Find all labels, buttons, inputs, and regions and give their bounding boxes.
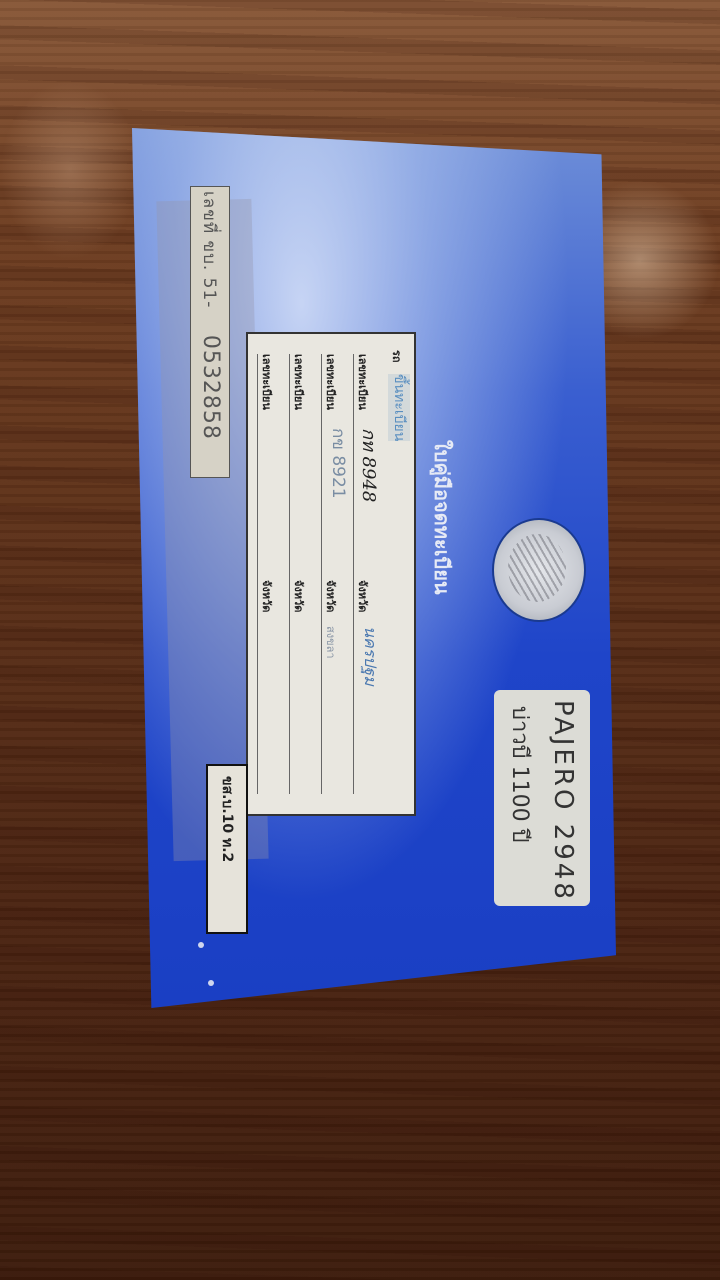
cover-scuff — [198, 942, 204, 948]
registration-row: เลขทะเบียน จังหวัด — [257, 354, 288, 794]
cover-scuff — [208, 980, 214, 986]
model-line-1: PAJERO 2948 — [548, 700, 578, 902]
model-line-2: บ่าวบี 1100 ปี — [503, 706, 538, 843]
form-code-label: ขส.บ.10 ท.2 — [206, 764, 248, 934]
book-title: ใบคู่มือจดทะเบียน — [430, 440, 460, 670]
province-value: นครปฐม — [357, 626, 382, 686]
province-value: สงขลา — [322, 626, 340, 659]
emblem-icon — [492, 518, 586, 622]
serial-prefix: เลขที่ ขบ. 51- — [199, 191, 219, 308]
registration-sticker: รถ ขึ้นทะเบียน เลขทะเบียน กท 8948 จังหวั… — [246, 332, 416, 816]
registration-row: เลขทะเบียน จังหวัด — [289, 354, 320, 794]
registration-row: เลขทะเบียน กข 8921 จังหวัด สงขลา — [321, 354, 352, 794]
to-stamp: ขึ้นทะเบียน — [388, 374, 410, 441]
plate-value: กข 8921 — [325, 428, 352, 499]
serial-number-label: เลขที่ ขบ. 51- 0532858 — [190, 186, 230, 478]
emblem-engraving — [508, 534, 566, 602]
serial-number: 0532858 — [198, 335, 223, 440]
registration-row: เลขทะเบียน กท 8948 จังหวัด นครปฐม — [353, 354, 384, 794]
to-label: รถ — [388, 350, 406, 363]
model-sticker: PAJERO 2948 บ่าวบี 1100 ปี — [494, 690, 590, 906]
light-glare-left — [0, 80, 140, 260]
plate-value: กท 8948 — [355, 428, 384, 502]
